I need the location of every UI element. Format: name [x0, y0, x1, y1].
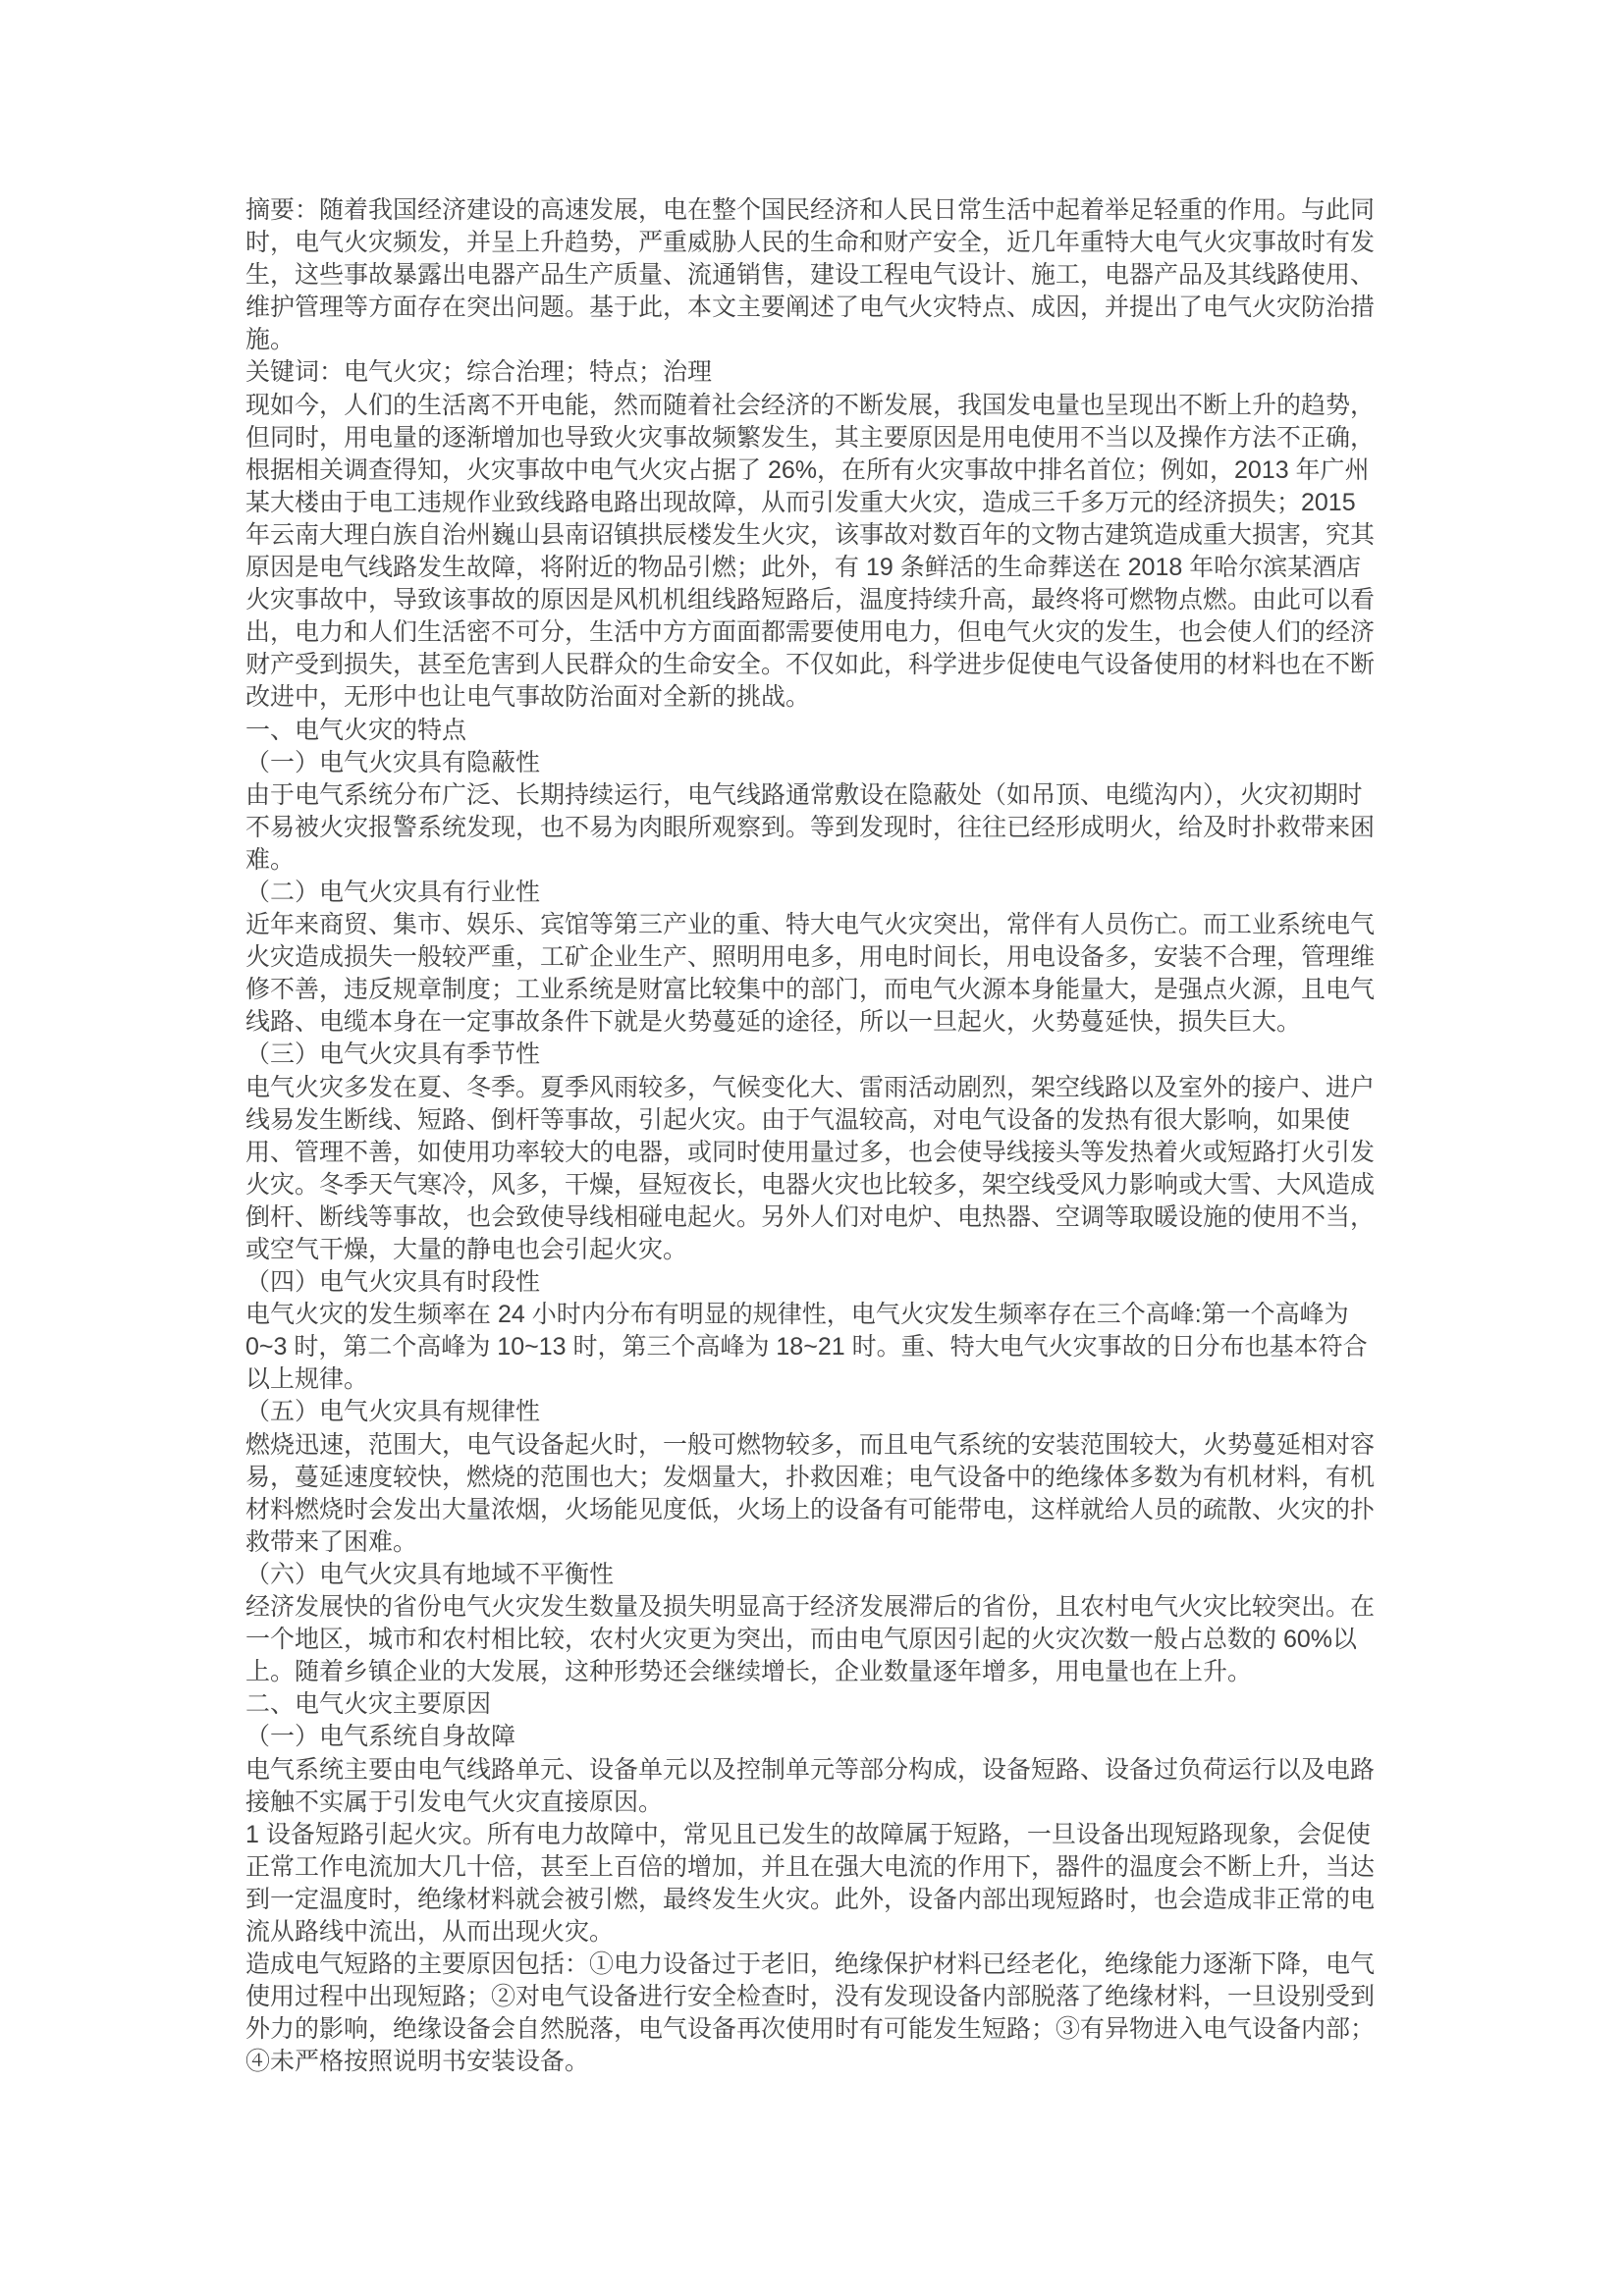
subsection-1-5-body: 燃烧迅速，范围大，电气设备起火时，一般可燃物较多，而且电气系统的安装范围较大，火…	[245, 1429, 1377, 1559]
subsection-2-1-body: 电气系统主要由电气线路单元、设备单元以及控制单元等部分构成，设备短路、设备过负荷…	[245, 1754, 1377, 1819]
introduction-paragraph: 现如今，人们的生活离不开电能，然而随着社会经济的不断发展，我国发电量也呈现出不断…	[245, 390, 1377, 715]
subsection-1-6-body: 经济发展快的省份电气火灾发生数量及损失明显高于经济发展滞后的省份，且农村电气火灾…	[245, 1591, 1377, 1688]
section-2-heading: 二、电气火灾主要原因	[245, 1688, 1377, 1721]
subsection-1-2-heading: （二）电气火灾具有行业性	[245, 877, 1377, 909]
subsection-1-1-heading: （一）电气火灾具有隐蔽性	[245, 747, 1377, 779]
subsection-1-6-heading: （六）电气火灾具有地域不平衡性	[245, 1559, 1377, 1591]
keywords-paragraph: 关键词：电气火灾；综合治理；特点；治理	[245, 356, 1377, 389]
subsection-1-5-heading: （五）电气火灾具有规律性	[245, 1396, 1377, 1428]
subsection-1-1-body: 由于电气系统分布广泛、长期持续运行，电气线路通常敷设在隐蔽处（如吊顶、电缆沟内）…	[245, 779, 1377, 877]
subsection-1-3-body: 电气火灾多发在夏、冬季。夏季风雨较多，气候变化大、雷雨活动剧烈，架空线路以及室外…	[245, 1072, 1377, 1267]
subsection-2-1-heading: （一）电气系统自身故障	[245, 1721, 1377, 1753]
subsection-2-1-point-1: 1 设备短路引起火灾。所有电力故障中，常见且已发生的故障属于短路，一旦设备出现短…	[245, 1819, 1377, 1949]
subsection-1-2-body: 近年来商贸、集市、娱乐、宾馆等第三产业的重、特大电气火灾突出，常伴有人员伤亡。而…	[245, 909, 1377, 1039]
abstract-paragraph: 摘要：随着我国经济建设的高速发展，电在整个国民经济和人民日常生活中起着举足轻重的…	[245, 194, 1377, 356]
document-page: 摘要：随着我国经济建设的高速发展，电在整个国民经济和人民日常生活中起着举足轻重的…	[0, 0, 1624, 2296]
subsection-1-4-body: 电气火灾的发生频率在 24 小时内分布有明显的规律性，电气火灾发生频率存在三个高…	[245, 1299, 1377, 1396]
subsection-1-3-heading: （三）电气火灾具有季节性	[245, 1039, 1377, 1071]
section-1-heading: 一、电气火灾的特点	[245, 715, 1377, 747]
text-column: 摘要：随着我国经济建设的高速发展，电在整个国民经济和人民日常生活中起着举足轻重的…	[245, 194, 1377, 2078]
subsection-1-4-heading: （四）电气火灾具有时段性	[245, 1266, 1377, 1299]
subsection-2-1-point-2: 造成电气短路的主要原因包括：①电力设备过于老旧，绝缘保护材料已经老化，绝缘能力逐…	[245, 1949, 1377, 2078]
